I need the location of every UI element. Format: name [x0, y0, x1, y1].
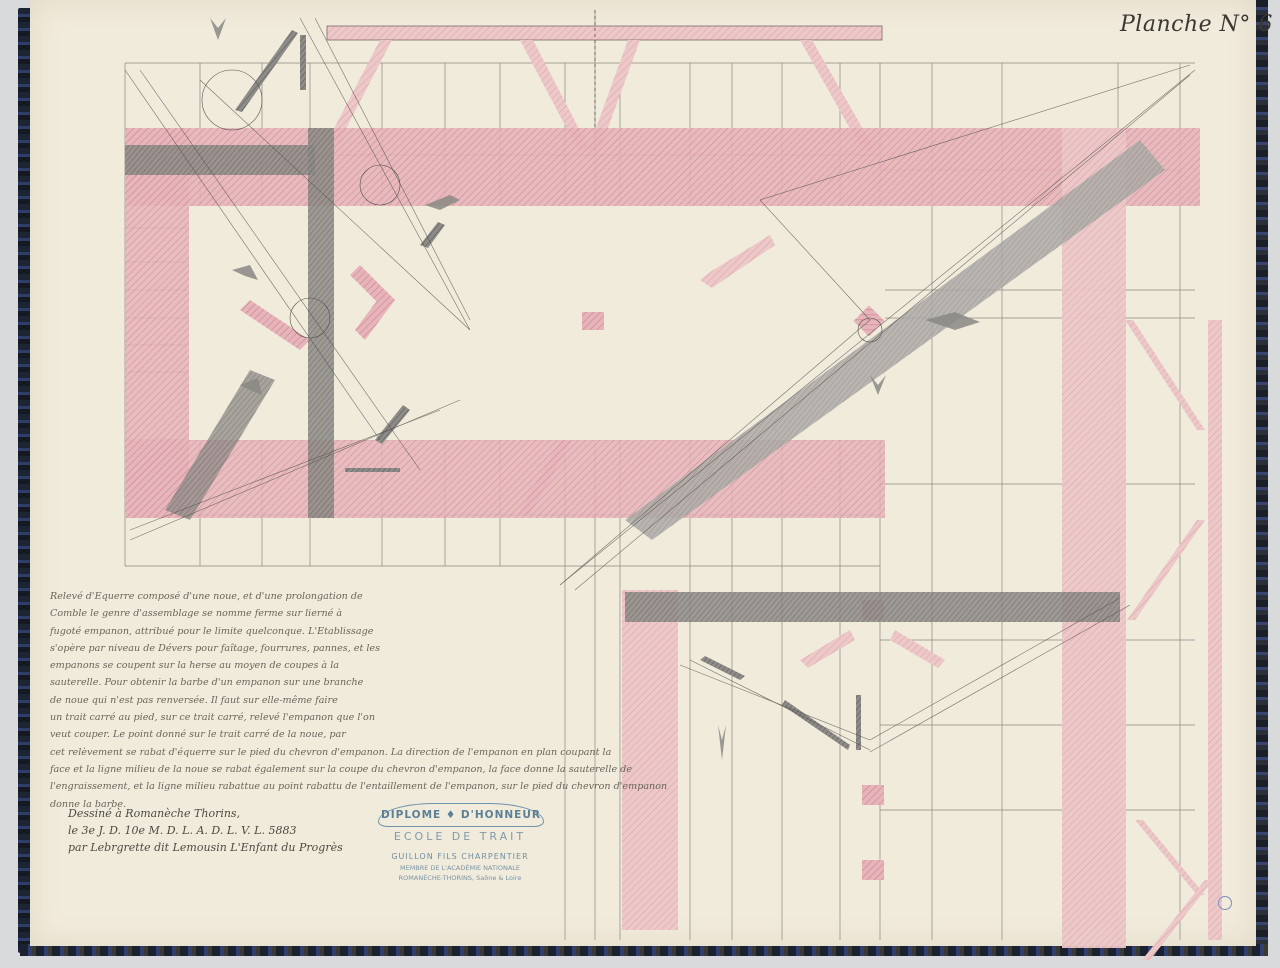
description-notes: Relevé d'Equerre composé d'une noue, et …: [50, 588, 640, 813]
signature-line: par Lebrgrette dit Lemousin L'Enfant du …: [68, 839, 343, 856]
note-line: l'engraissement, et la ligne milieu raba…: [50, 778, 640, 795]
signature-line: Dessiné à Romanèche Thorins,: [68, 805, 343, 822]
library-stamp-icon: [1218, 896, 1232, 910]
author-signature: Dessiné à Romanèche Thorins, le 3e J. D.…: [68, 805, 343, 856]
note-line: Comble le genre d'assemblage se nomme fe…: [50, 605, 640, 622]
left-frame-plan: [125, 128, 885, 518]
plate-title: Planche N° 6: [1120, 12, 1273, 37]
note-line: de noue qui n'est pas renversée. Il faut…: [50, 692, 640, 709]
stamp-maker: GUILLON FILS CHARPENTIER: [370, 852, 550, 861]
stamp-address: ROMANÈCHE-THORINS, Saône & Loire: [370, 874, 550, 882]
note-line: sauterelle. Pour obtenir la barbe d'un e…: [50, 674, 640, 691]
note-line: fugoté empanon, attribué pour le limite …: [50, 623, 640, 640]
signature-line: le 3e J. D. 10e M. D. L. A. D. L. V. L. …: [68, 822, 343, 839]
note-line: veut couper. Le point donné sur le trait…: [50, 726, 640, 743]
stamp-member: MEMBRE DE L'ACADÉMIE NATIONALE: [370, 864, 550, 872]
note-line: s'opère par niveau de Dévers pour faîtag…: [50, 640, 640, 657]
note-line: cet relèvement se rabat d'équerre sur le…: [50, 744, 640, 761]
stamp-school: ECOLE DE TRAIT: [370, 830, 550, 843]
note-line: face et la ligne milieu de la noue se ra…: [50, 761, 640, 778]
note-line: empanons se coupent sur la herse au moye…: [50, 657, 640, 674]
note-line: un trait carré au pied, sur ce trait car…: [50, 709, 640, 726]
note-line: Relevé d'Equerre composé d'une noue, et …: [50, 588, 640, 605]
diploma-stamp: DIPLOME ♦ D'HONNEUR ECOLE DE TRAIT GUILL…: [370, 800, 550, 890]
stamp-ribbon: DIPLOME ♦ D'HONNEUR: [378, 803, 544, 827]
